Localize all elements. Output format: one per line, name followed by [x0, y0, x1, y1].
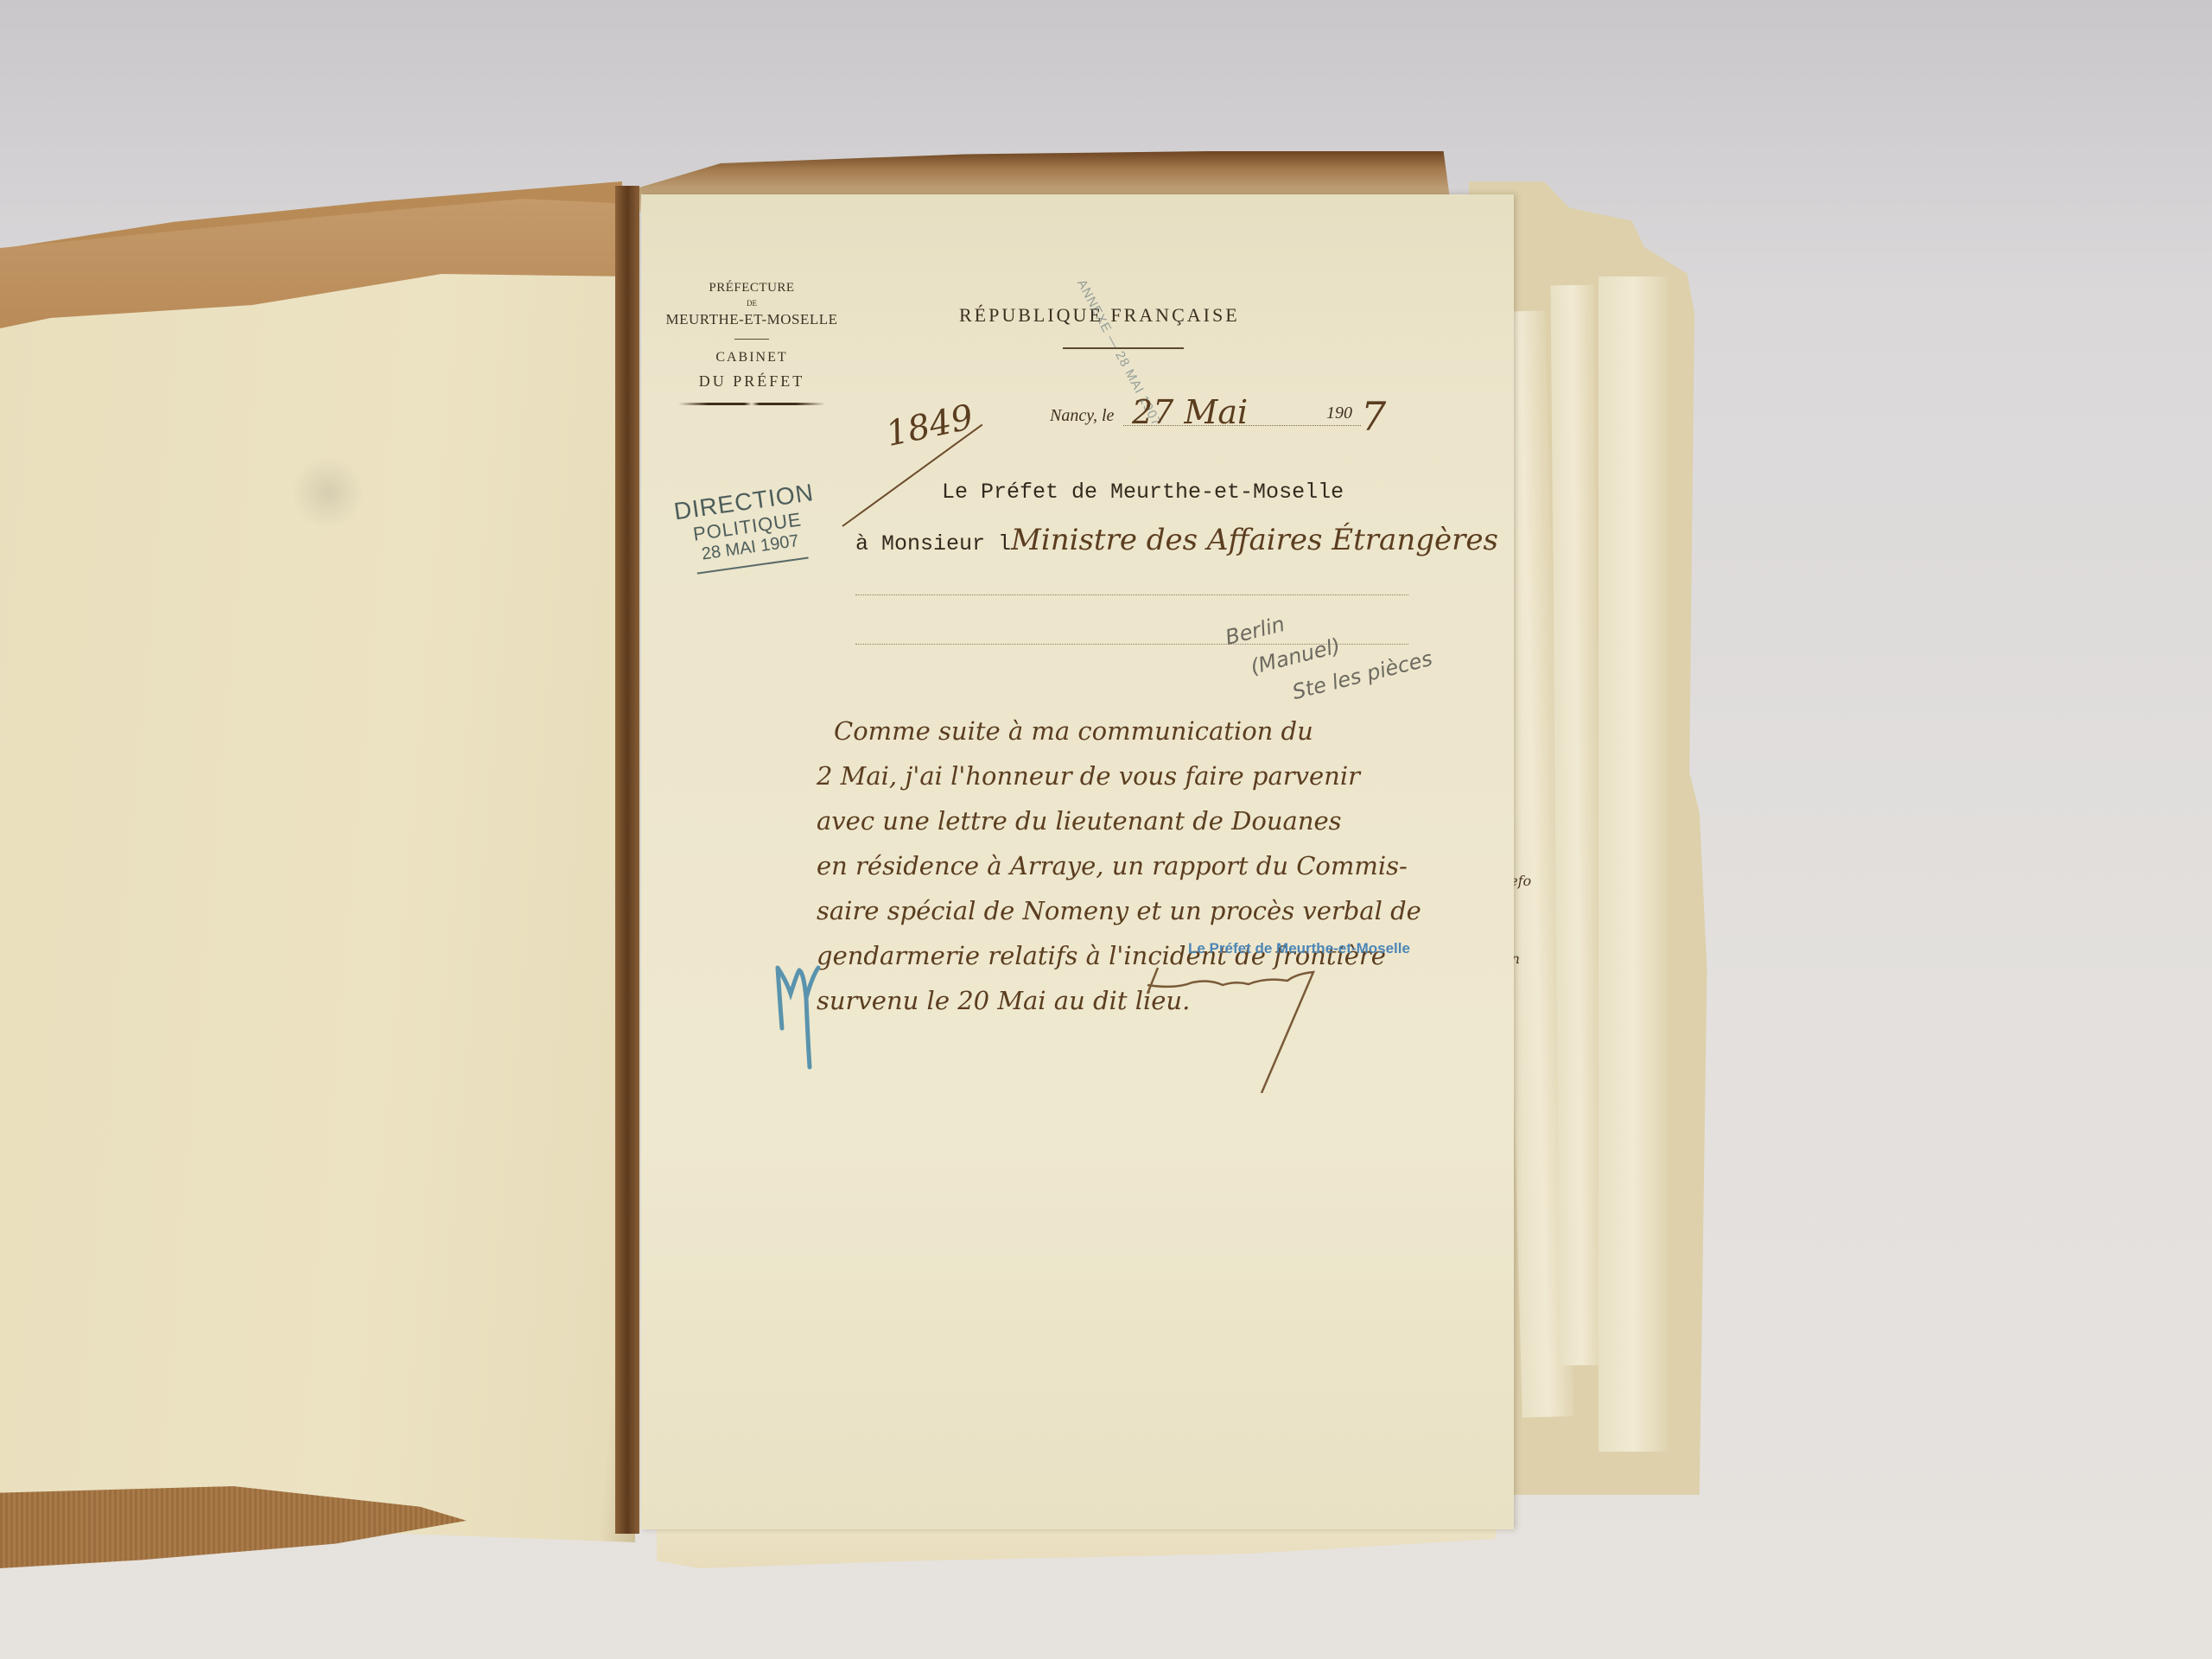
body-line: avec une lettre du lieutenant de Douanes [817, 798, 1482, 843]
body-line: en résidence à Arraye, un rapport du Com… [817, 843, 1482, 888]
year-handwritten: 7 [1361, 393, 1386, 440]
recipient-prefix: à Monsieur l [855, 531, 1011, 556]
letterhead-department: MEURTHE-ET-MOSELLE [665, 311, 838, 328]
date-handwritten: 27 Mai [1132, 393, 1248, 431]
place-prefix: Nancy, le [1050, 406, 1114, 426]
binding-gutter [615, 186, 639, 1534]
underlying-sheet [1599, 276, 1668, 1452]
body-line: Comme suite à ma communication du [817, 709, 1482, 753]
left-blank-page [0, 242, 635, 1542]
sender-line: Le Préfet de Meurthe-et-Moselle [942, 480, 1344, 505]
foxing-spot [289, 458, 367, 527]
letterhead-cabinet: CABINET [665, 350, 838, 365]
blue-pencil-mark [773, 963, 825, 1076]
year-printed: 190 [1326, 404, 1352, 423]
letterhead: PRÉFECTURE DE MEURTHE-ET-MOSELLE CABINET… [665, 281, 838, 405]
letterhead-ornament [678, 403, 825, 405]
letterhead-prefecture: PRÉFECTURE [665, 281, 838, 296]
letterhead-rule [734, 339, 769, 340]
body-line: saire spécial de Nomeny et un procès ver… [817, 888, 1482, 933]
letterhead-de: DE [665, 299, 838, 308]
letterhead-du-prefet: DU PRÉFET [665, 372, 838, 391]
prefect-signature [1141, 955, 1348, 1093]
body-line: 2 Mai, j'ai l'honneur de vous faire parv… [817, 753, 1482, 798]
recipient-handwritten: Ministre des Affaires Étrangères [1011, 523, 1498, 557]
